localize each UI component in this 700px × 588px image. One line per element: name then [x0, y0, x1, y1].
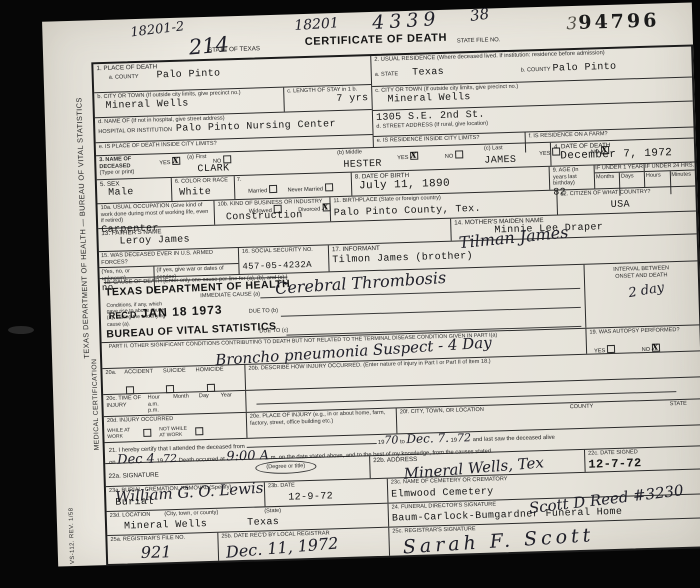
- margin-dept-text: TEXAS DEPARTMENT OF HEALTH — BUREAU OF V…: [74, 97, 91, 359]
- injury-occurred-cell: 20d. INJURY OCCURRED WHILE AT WORK NOT W…: [104, 413, 248, 442]
- margin-medical-text: MEDICAL CERTIFICATION: [91, 359, 101, 451]
- accident-cell: 20a. ACCIDENT SUICIDE HOMICIDE: [102, 365, 246, 394]
- burial-date-value: 12-9-72: [288, 490, 384, 504]
- injury-state-label: STATE: [670, 401, 687, 408]
- middle-name-cell: (b) Middle HESTER: [334, 145, 482, 172]
- pm-label: p.m.: [148, 407, 174, 414]
- while-at-work-checkbox: [143, 428, 151, 436]
- autopsy-no-label: NO: [642, 347, 651, 353]
- burial-value: Burial: [115, 493, 261, 508]
- race-value: White: [179, 186, 231, 199]
- cert-hw-to-date: Dec. 7.: [406, 431, 449, 446]
- not-while-at-work-label: NOT WHILE AT WORK: [159, 425, 193, 438]
- married-checkbox: [269, 185, 277, 193]
- under-24-hrs-cell: IF UNDER 24 HRS. Hours Minutes: [645, 162, 696, 186]
- res-county-value: Palo Pinto: [552, 62, 616, 75]
- date-of-death-cell: 4. DATE OF DEATH December 7, 1972: [551, 138, 695, 165]
- location-state-value: Texas: [247, 517, 279, 529]
- state-file-number: 94796: [578, 9, 660, 33]
- autopsy-no-checkbox: X: [652, 343, 660, 351]
- burial-date-cell: 23b. DATE 12-9-72: [265, 479, 389, 507]
- day-label: Day: [199, 393, 221, 414]
- state-of-texas-label: STATE OF TEXAS: [208, 45, 260, 54]
- accident-num-label: 20a.: [105, 370, 116, 377]
- never-married-checkbox: [325, 183, 333, 191]
- signature-label: 22a. SIGNATURE: [108, 471, 158, 479]
- armed-forces-cell: 15. WAS DECEASED EVER IN U.S. ARMED FORC…: [99, 248, 240, 278]
- immediate-cause-label: IMMEDIATE CAUSE (a): [200, 291, 260, 299]
- stamp-recd-date-value: JAN 18 1973: [141, 303, 223, 321]
- degree-or-title-label: (Degree or title): [255, 460, 316, 475]
- certificate-title: CERTIFICATE OF DEATH: [305, 32, 448, 48]
- under-1-year-cell: IF UNDER 1 YEAR Months Days: [595, 164, 646, 188]
- industry-value: Construction: [226, 209, 327, 223]
- occupation-cell: 10a. USUAL OCCUPATION (Give kind of work…: [97, 201, 215, 228]
- location-sub1-label: (City, town, or county): [164, 510, 218, 518]
- last-name-label: (c) Last: [484, 144, 547, 153]
- cert-to: to: [400, 439, 405, 445]
- res-county-label: b. COUNTY: [521, 67, 551, 75]
- pod-county-label: a. COUNTY: [109, 74, 139, 82]
- location-sub2-label: (State): [264, 508, 281, 515]
- due-to-c-label: DUE TO (c): [259, 328, 288, 336]
- race-label: 6. COLOR OR RACE: [175, 177, 231, 185]
- injury-county-label: COUNTY: [570, 401, 670, 411]
- res-state-label: a. STATE: [375, 71, 399, 78]
- due-b-line: [281, 306, 581, 317]
- industry-label: 10b. KIND OF BUSINESS OR INDUSTRY: [217, 198, 326, 208]
- pod-institution-label2: HOSPITAL OR INSTITUTION: [98, 127, 172, 136]
- stamp-recd: REC'D: [109, 310, 137, 321]
- time-of-injury-cell: 20c. TIME OF INJURY Hour a.m. p.m. Month…: [103, 391, 247, 416]
- sex-cell: 5. SEX Male: [97, 178, 173, 203]
- industry-cell: 10b. KIND OF BUSINESS OR INDUSTRY Constr…: [214, 197, 331, 224]
- usual-residence-section: 2. USUAL RESIDENCE (Where deceased lived…: [371, 47, 694, 147]
- date-of-death-value: December 7, 1972: [560, 147, 691, 163]
- autopsy-cell: 19. WAS AUTOPSY PERFORMED? YES NOX: [586, 325, 700, 353]
- scan-background: TEXAS DEPARTMENT OF HEALTH — BUREAU OF V…: [0, 0, 700, 588]
- pod-county-value: Palo Pinto: [156, 68, 220, 81]
- res-state-value: Texas: [412, 67, 444, 79]
- married-label: Married: [248, 188, 267, 195]
- location-city-value: Mineral Wells: [124, 519, 208, 532]
- registrar-file-cell: 25a. REGISTRAR'S FILE NO. 921: [107, 533, 219, 564]
- marital-label: 7.: [237, 177, 242, 184]
- burial-cell: 23a. BURIAL, CREMATION, REMOVAL (Specify…: [106, 482, 266, 511]
- race-cell: 6. COLOR OR RACE White: [172, 176, 236, 201]
- margin-form-code: VS-112. REV. 1/58: [68, 508, 76, 565]
- place-of-death-section: 1. PLACE OF DEATH a. COUNTY Palo Pinto b…: [93, 56, 374, 155]
- handwritten-number: 38: [469, 5, 490, 25]
- suicide-checkbox: [166, 385, 174, 393]
- name-label3: (Type or print): [99, 168, 181, 177]
- interval-label: INTERVAL BETWEEN ONSET AND DEATH: [606, 265, 676, 280]
- accident-label: ACCIDENT: [124, 369, 153, 377]
- cert-hw-to-year: 72: [457, 431, 471, 444]
- accident-checkbox: [126, 386, 134, 394]
- interval-cell: INTERVAL BETWEEN ONSET AND DEATH 2 day: [585, 261, 700, 327]
- ssn-cell: 16. SOCIAL SECURITY NO. 457-05-4232A: [239, 245, 330, 274]
- marital-cell: 7. Married Never Married Widowed Divorce…: [235, 173, 353, 199]
- burial-date-label: 23b. DATE: [268, 480, 384, 490]
- time-of-injury-label: 20c. TIME OF INJURY: [106, 395, 148, 416]
- scan-speck: [8, 326, 34, 334]
- while-at-work-label: WHILE AT WORK: [107, 427, 141, 440]
- name-label-cell: 3. NAME OF DECEASED (Type or print): [96, 154, 185, 180]
- middle-name-label: (b) Middle: [337, 146, 478, 157]
- cert-text2: and last saw the deceased alive: [473, 435, 555, 443]
- date-signed-cell: 22c. DATE SIGNED 12-7-72: [585, 446, 700, 471]
- place-of-injury-cell: 20e. PLACE OF INJURY (e.g., in or about …: [247, 408, 398, 437]
- homicide-label: HOMICIDE: [196, 367, 224, 375]
- last-name-value: JAMES: [484, 154, 547, 167]
- location-label: 23d. LOCATION: [110, 512, 151, 520]
- cert-num: 21.: [109, 448, 117, 454]
- month-label: Month: [173, 393, 199, 414]
- place-of-injury-label: 20e. PLACE OF INJURY (e.g., in or about …: [250, 410, 393, 428]
- citizen-cell: 12. CITIZEN OF WHAT COUNTRY? USA: [557, 186, 696, 214]
- not-while-at-work-checkbox: [195, 427, 203, 435]
- state-file-no-label: STATE FILE NO.: [457, 37, 501, 44]
- handwritten-number: 18201-2: [130, 19, 185, 40]
- first-name-cell: (a) First CLARK: [184, 149, 335, 176]
- injury-occurred-label: 20d. INJURY OCCURRED: [107, 414, 243, 425]
- date-signed-value: 12-7-72: [588, 454, 700, 471]
- handwritten-number: 4339: [372, 8, 442, 34]
- last-name-cell: (c) Last JAMES: [481, 143, 552, 168]
- certificate-form: 1. PLACE OF DEATH a. COUNTY Palo Pinto b…: [91, 44, 700, 566]
- homicide-checkbox: [207, 384, 215, 392]
- registrar-file-value: 921: [141, 541, 216, 562]
- registrar-date-cell: 25b. DATE REC'D BY LOCAL REGISTRAR Dec. …: [218, 528, 390, 561]
- first-name-value: CLARK: [197, 160, 331, 175]
- handwritten-number: 18201: [294, 15, 339, 34]
- autopsy-label: 19. WAS AUTOPSY PERFORMED?: [589, 326, 696, 336]
- due-to-b-label: DUE TO (b): [249, 308, 279, 316]
- middle-name-value: HESTER: [343, 156, 478, 171]
- never-married-label: Never Married: [288, 187, 324, 194]
- autopsy-no-mark: X: [652, 341, 659, 351]
- cert-hw-from-year: 70: [384, 433, 398, 446]
- row-place-residence: 1. PLACE OF DEATH a. COUNTY Palo Pinto b…: [93, 47, 693, 157]
- ssn-value: 457-05-4232A: [242, 259, 325, 271]
- year-label: Year: [220, 392, 242, 413]
- autopsy-yes-checkbox: [607, 345, 615, 353]
- file-no-handwritten-prefix: 3: [566, 14, 577, 34]
- age-label: 9. AGE (In years last birthday): [553, 167, 592, 188]
- age-cell: 9. AGE (In years last birthday) 82: [550, 165, 596, 189]
- citizen-value: USA: [611, 197, 693, 210]
- ssn-label: 16. SOCIAL SECURITY NO.: [242, 246, 325, 255]
- sex-value: Male: [108, 186, 168, 199]
- death-certificate-paper: TEXAS DEPARTMENT OF HEALTH — BUREAU OF V…: [42, 2, 700, 566]
- suicide-label: SUICIDE: [163, 368, 186, 375]
- citizen-label: 12. CITIZEN OF WHAT COUNTRY?: [560, 188, 692, 199]
